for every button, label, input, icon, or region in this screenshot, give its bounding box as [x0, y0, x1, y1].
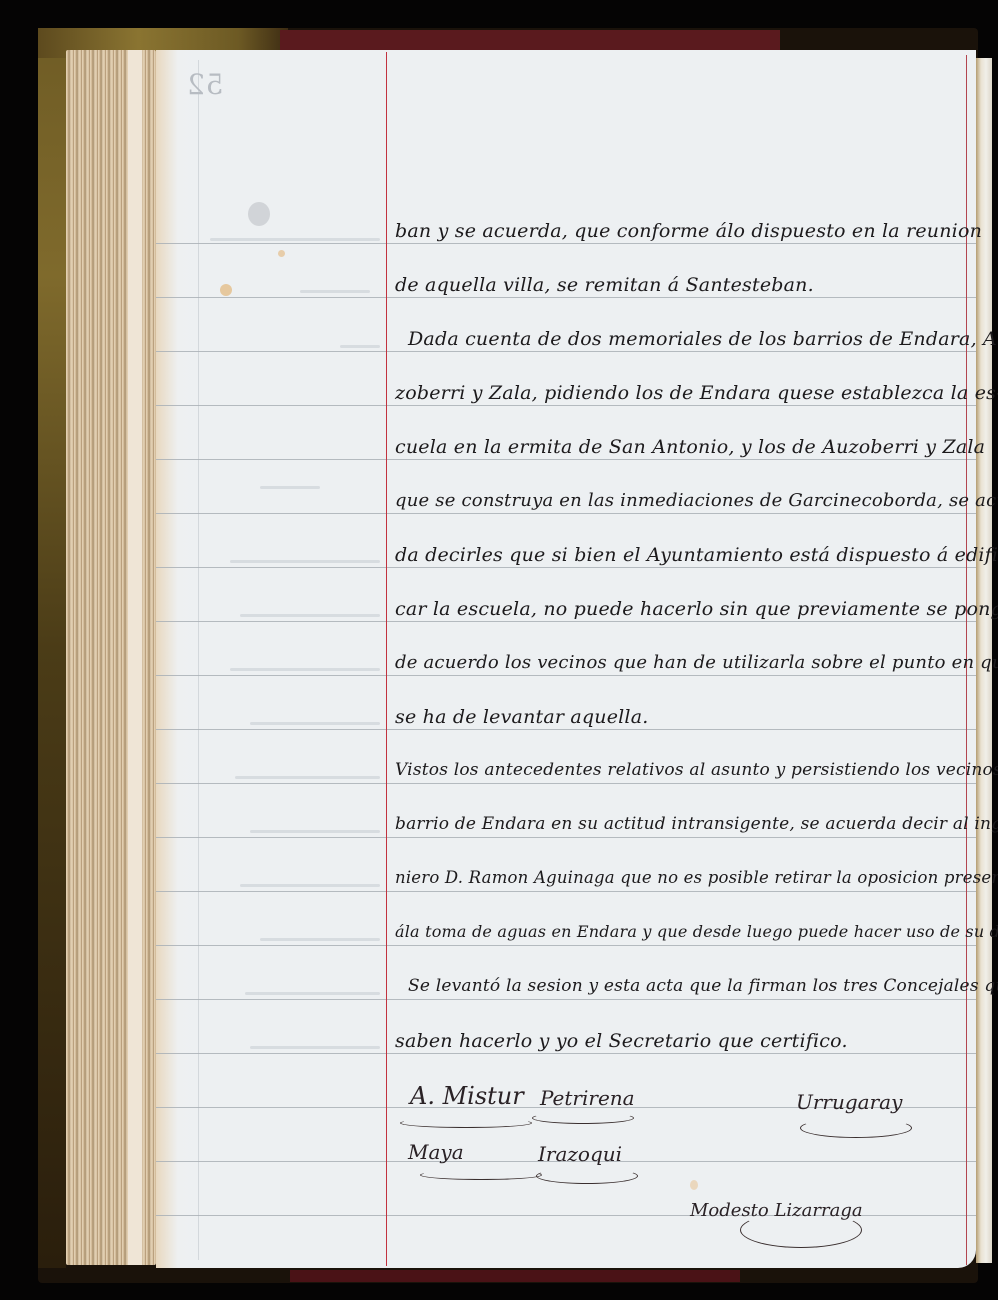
bleed-through-text [250, 830, 380, 833]
signature-flourish [536, 1168, 638, 1184]
ruled-line [156, 567, 976, 568]
ruled-line [156, 297, 976, 298]
signature: Petrirena [540, 1086, 635, 1110]
faint-column-rule [198, 60, 199, 1260]
ruled-line [156, 837, 976, 838]
text-line: de acuerdo los vecinos que han de utiliz… [395, 654, 965, 672]
text-line: ála toma de aguas en Endara y que desde … [395, 924, 965, 940]
ruled-line [156, 729, 976, 730]
signature-flourish [532, 1112, 634, 1124]
text-line: Se levantó la sesion y esta acta que la … [408, 978, 978, 995]
ruled-line [156, 945, 976, 946]
bleed-through-text [230, 668, 380, 671]
ruled-line [156, 405, 976, 406]
ruled-line [156, 243, 976, 244]
text-line: Vistos los antecedentes relativos al asu… [395, 762, 965, 779]
bleed-through-text [245, 992, 380, 995]
text-line: barrio de Endara en su actitud intransig… [395, 816, 965, 833]
foxing-spot [278, 250, 285, 257]
bleed-through-text [210, 238, 380, 241]
gray-stain [248, 202, 270, 226]
page-edge-inner [128, 50, 142, 1265]
ruled-line [156, 459, 976, 460]
cover-red-cloth-bottom [290, 1270, 740, 1282]
text-line: saben hacerlo y yo el Secretario que cer… [395, 1032, 965, 1051]
signature-flourish [400, 1118, 532, 1128]
bleed-through-text [240, 614, 380, 617]
signature-flourish [420, 1170, 542, 1180]
bleed-through-text [240, 884, 380, 887]
signature-flourish [800, 1118, 912, 1138]
ruled-line [156, 513, 976, 514]
bleed-through-text [235, 776, 380, 779]
text-line: de aquella villa, se remitan á Santesteb… [395, 276, 965, 295]
ruled-line [156, 675, 976, 676]
text-line: Dada cuenta de dos memoriales de los bar… [408, 330, 978, 349]
signature: Irazoqui [538, 1142, 622, 1166]
signature: Maya [408, 1140, 464, 1164]
signature-flourish [740, 1212, 862, 1248]
bleed-through-text [250, 1046, 380, 1049]
page-number: 52 [186, 68, 224, 101]
bleed-through-text [260, 486, 320, 489]
text-line: ban y se acuerda, que conforme álo dispu… [395, 222, 965, 241]
ruled-line [156, 783, 976, 784]
ruled-line [156, 351, 976, 352]
text-line: da decirles que si bien el Ayuntamiento … [395, 546, 965, 565]
text-line: cuela en la ermita de San Antonio, y los… [395, 438, 965, 457]
bleed-through-text [260, 938, 380, 941]
text-line: se ha de levantar aquella. [395, 708, 965, 727]
bleed-through-text [300, 290, 370, 293]
bleed-through-text [230, 560, 380, 563]
text-line: zoberri y Zala, pidiendo los de Endara q… [395, 384, 965, 403]
ruled-line [156, 999, 976, 1000]
bleed-through-text [340, 345, 380, 348]
text-line: car la escuela, no puede hacerlo sin que… [395, 600, 965, 619]
cover-gilt-spine-edge [38, 28, 66, 1268]
ruled-line [156, 891, 976, 892]
cover-red-cloth-top [280, 30, 780, 52]
signature: A. Mistur [410, 1082, 524, 1110]
ruled-line [156, 1053, 976, 1054]
ruled-line [156, 621, 976, 622]
bleed-through-text [250, 722, 380, 725]
page-edge-stack [66, 50, 156, 1265]
foxing-spot [690, 1180, 698, 1190]
signature: Urrugaray [796, 1090, 902, 1114]
foxing-spot [220, 284, 232, 296]
text-line: niero D. Ramon Aguinaga que no es posibl… [395, 870, 965, 887]
text-line: que se construya en las inmediaciones de… [395, 492, 965, 510]
red-margin-line-left [386, 52, 387, 1266]
